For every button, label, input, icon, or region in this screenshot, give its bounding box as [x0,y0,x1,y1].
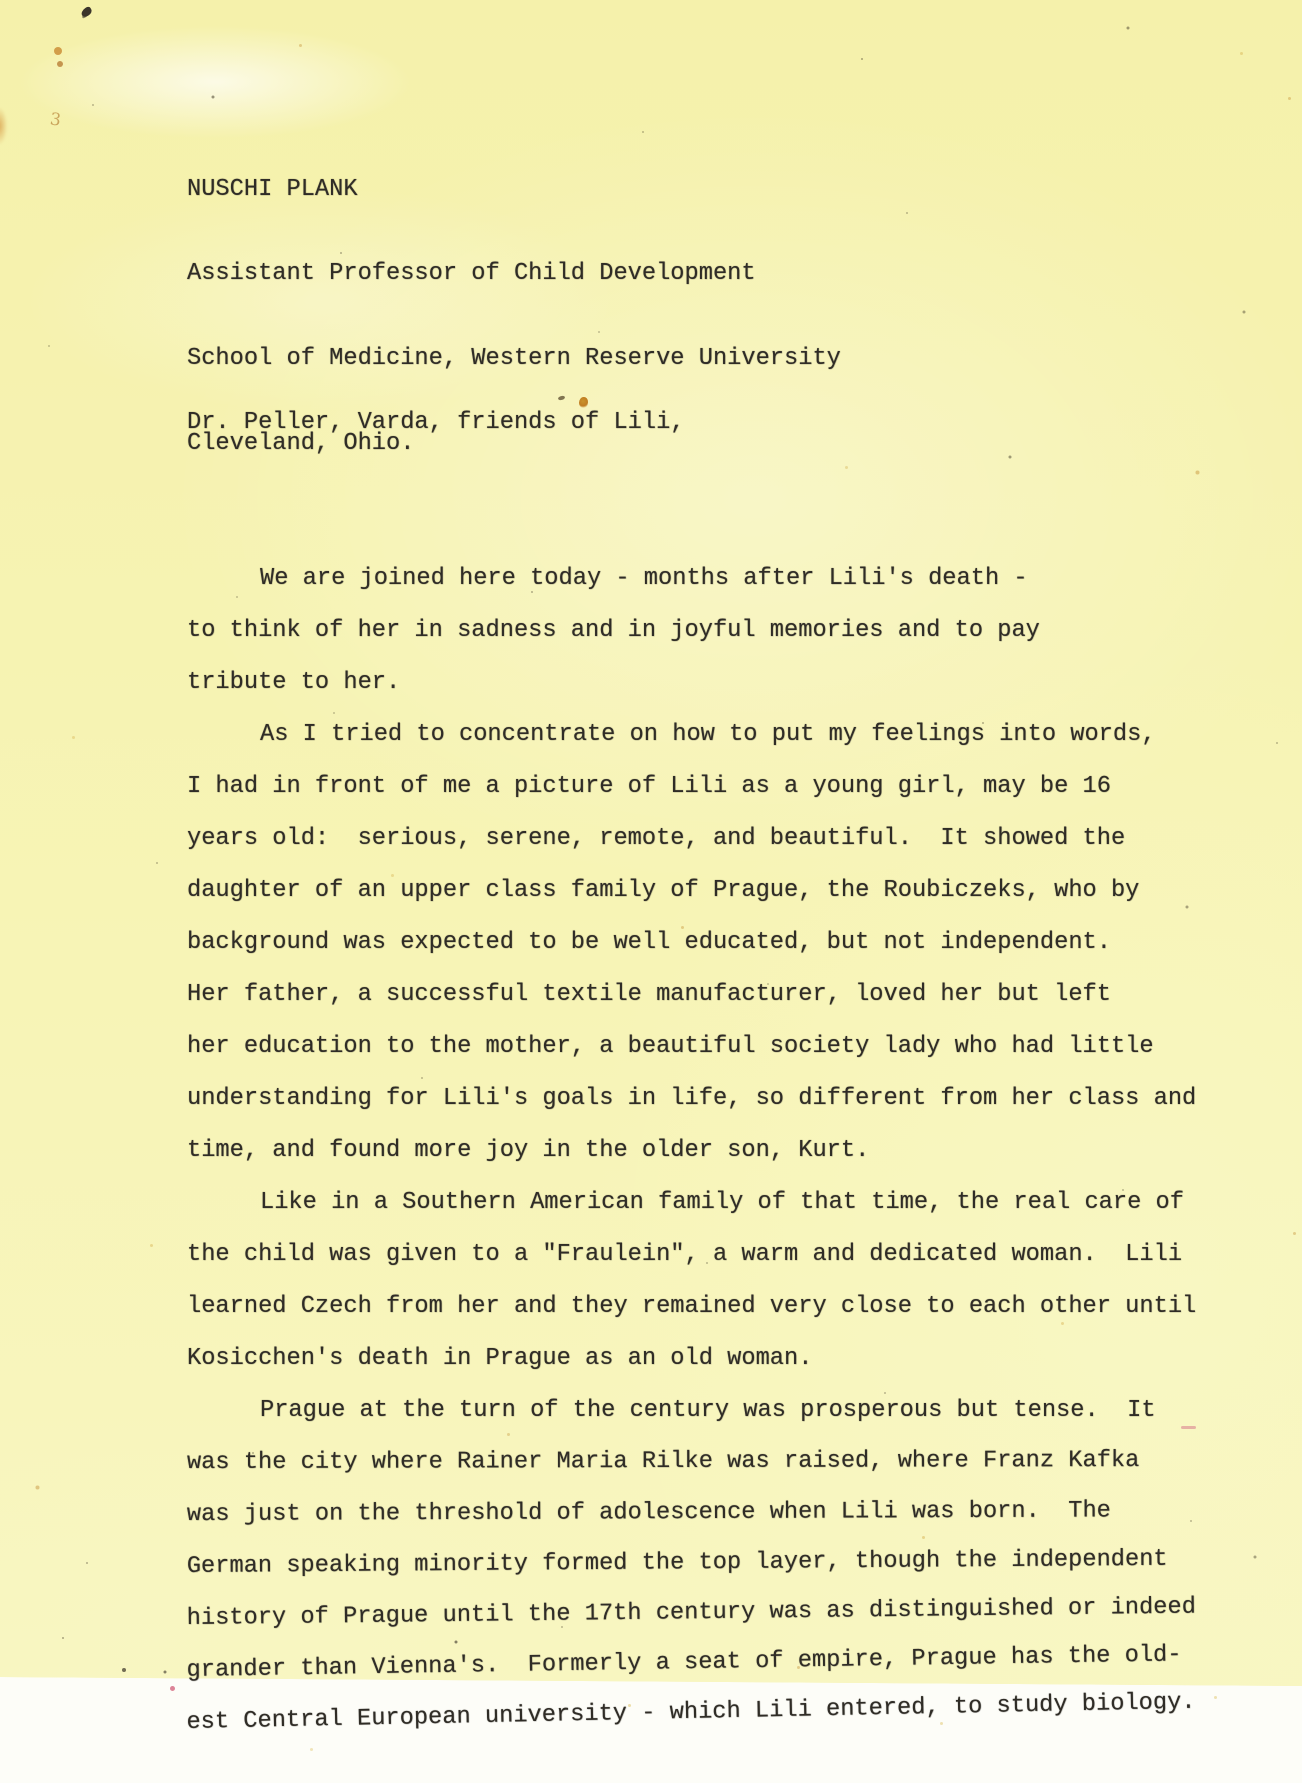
text-line: years old: serious, serene, remote, and … [187,813,1196,865]
text-line: time, and found more joy in the older so… [187,1125,1196,1177]
scanned-letter-page: 3 NUSCHI PLANK Assistant Professor of Ch… [0,0,1302,1783]
text-line: Her father, a successful textile manufac… [187,969,1196,1021]
text-line: the child was given to a "Fraulein", a w… [187,1229,1196,1281]
text-line: was the city where Rainer Maria Rilke wa… [187,1435,1196,1489]
salutation: Dr. Peller, Varda, friends of Lili, [187,397,1196,449]
text-line: her education to the mother, a beautiful… [187,1021,1196,1073]
header-author-name: NUSCHI PLANK [187,176,841,204]
text-line: As I tried to concentrate on how to put … [187,709,1196,761]
text-line: Like in a Southern American family of th… [187,1177,1196,1229]
text-line: was just on the threshold of adolescence… [187,1485,1196,1541]
text-line: daughter of an upper class family of Pra… [187,865,1196,917]
text-line: tribute to her. [187,657,1196,709]
text-line: Kosicchen's death in Prague as an old wo… [187,1333,1196,1385]
body-text: Dr. Peller, Varda, friends of Lili, We a… [187,293,1196,1749]
text-line: background was expected to be well educa… [187,917,1196,969]
text-line: understanding for Lili's goals in life, … [187,1073,1196,1125]
text-line: Prague at the turn of the century was pr… [187,1385,1196,1437]
header-author-title: Assistant Professor of Child Development [187,260,841,288]
pink-speck [170,1686,175,1691]
text-line: learned Czech from her and they remained… [187,1281,1196,1333]
text-line: We are joined here today - months after … [187,553,1196,605]
text-line: I had in front of me a picture of Lili a… [187,761,1196,813]
text-line: to think of her in sadness and in joyful… [187,605,1196,657]
